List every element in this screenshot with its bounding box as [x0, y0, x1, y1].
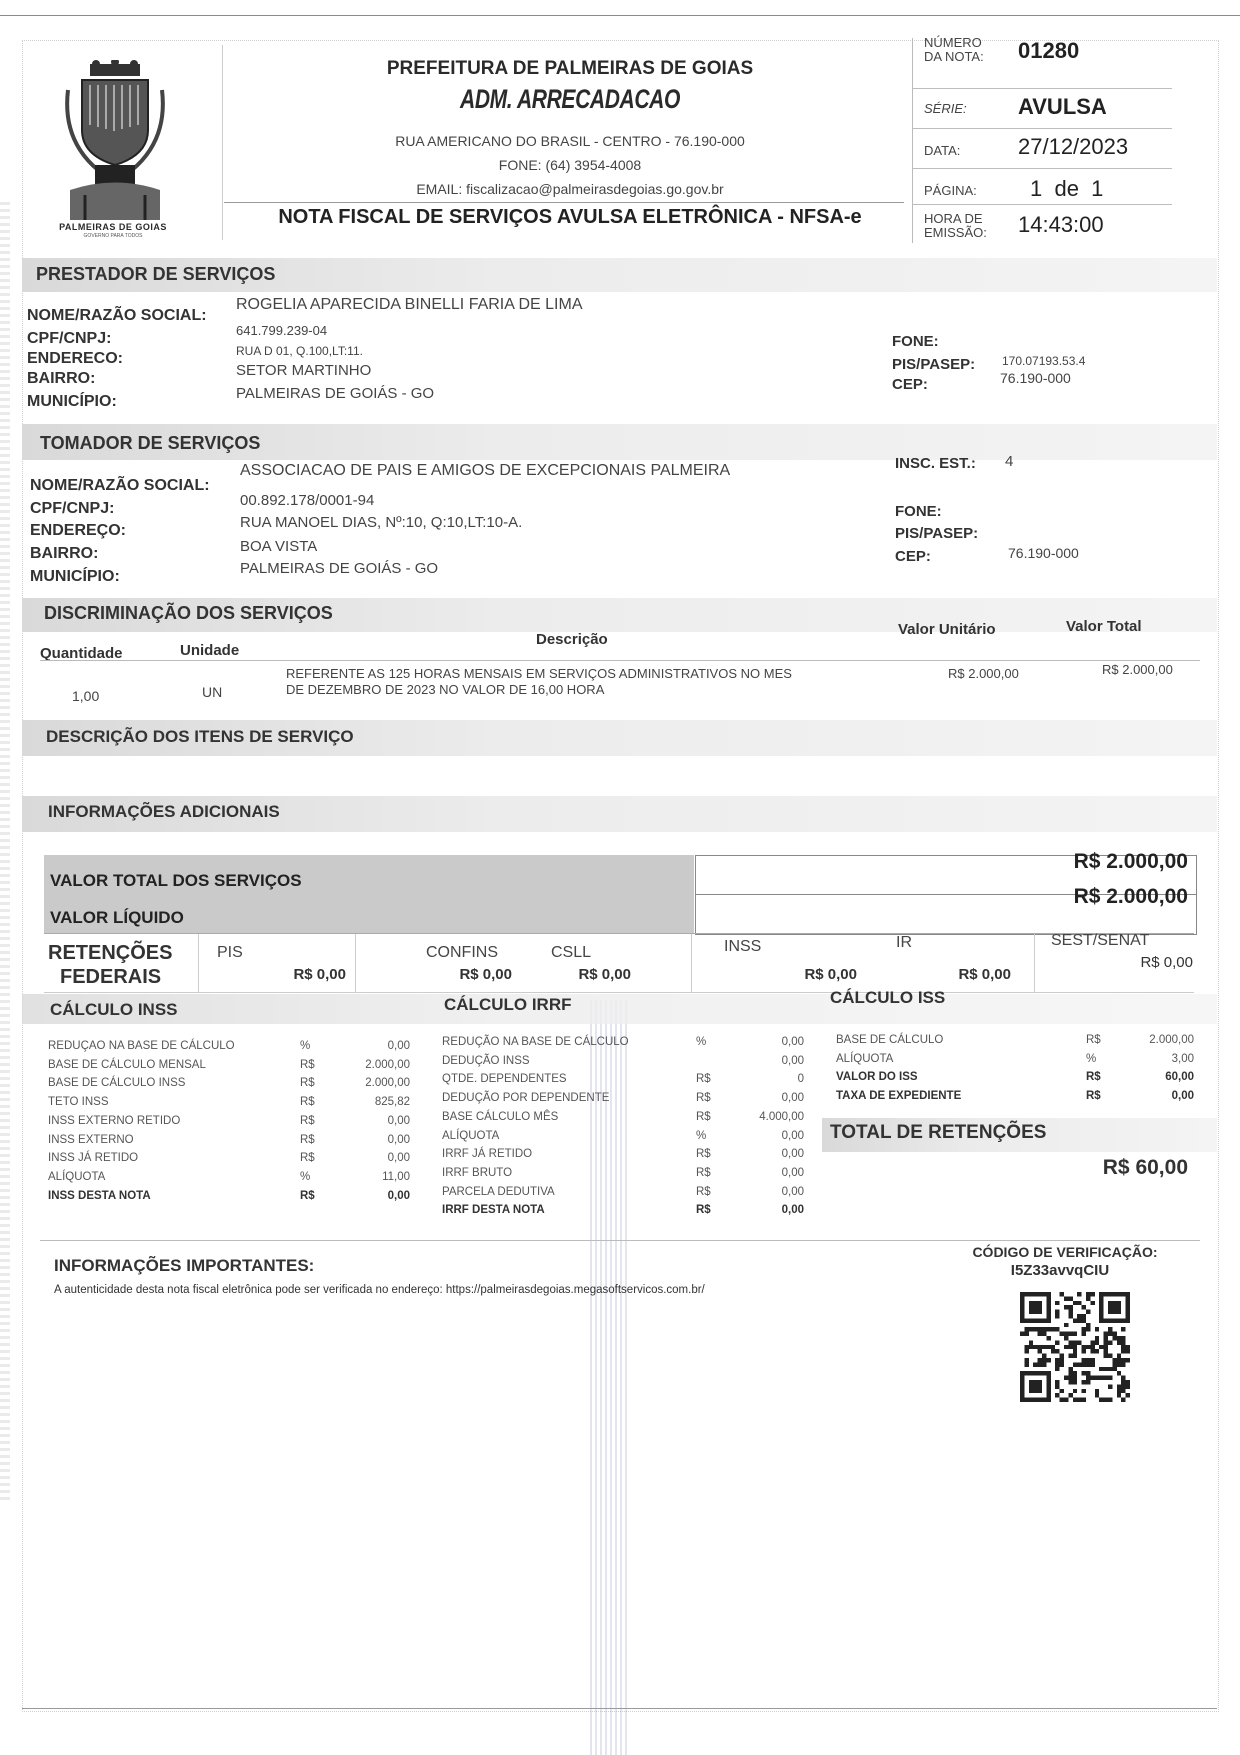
calc-label: PARCELA DEDUTIVA — [442, 1186, 555, 1198]
calc-unit: R$ — [300, 1077, 315, 1089]
retention-name: SEST/SENAT — [1051, 932, 1149, 950]
retention-sest-senat: SEST/SENAT R$ 0,00 — [1034, 934, 1195, 992]
informacoes-title: INFORMAÇÕES IMPORTANTES: — [54, 1256, 314, 1276]
calc-value: 0,00 — [388, 1152, 410, 1164]
calc-unit: R$ — [1086, 1071, 1101, 1083]
calc-label: BASE DE CÁLCULO INSS — [48, 1077, 185, 1089]
valor-liquido-value: R$ 2.000,00 — [1074, 885, 1188, 909]
calc-value: 0,00 — [1172, 1090, 1194, 1102]
total-retencoes-value: R$ 60,00 — [1103, 1156, 1188, 1180]
column-header-valor-unitario: Valor Unitário — [898, 621, 996, 638]
retention-value: R$ 0,00 — [1140, 954, 1193, 971]
calculo-iss-title: CÁLCULO ISS — [830, 988, 945, 1008]
department-title: ADM. ARRECADACAO — [383, 84, 757, 115]
retention-csll: CSLL R$ 0,00 — [521, 934, 691, 992]
calc-value: 0 — [798, 1073, 804, 1085]
calc-row: VALOR DO ISSR$60,00 — [836, 1071, 1194, 1090]
field-label: NOME/RAZÃO SOCIAL: — [27, 307, 207, 325]
calc-label: TETO INSS — [48, 1096, 109, 1108]
calc-row: DEDUÇÃO POR DEPENDENTER$0,00 — [442, 1092, 804, 1111]
calc-row: IRRF JÁ RETIDOR$0,00 — [442, 1148, 804, 1167]
retention-value: R$ 0,00 — [459, 966, 512, 983]
retention-confins: CONFINS R$ 0,00 — [355, 934, 522, 992]
calc-value: 60,00 — [1165, 1071, 1194, 1083]
calc-row: INSS DESTA NOTAR$0,00 — [48, 1190, 410, 1209]
calc-value: 2.000,00 — [1149, 1034, 1194, 1046]
field-label: INSC. EST.: — [895, 455, 976, 472]
field-label: CEP: — [895, 548, 931, 565]
calc-unit: R$ — [696, 1167, 711, 1179]
calc-unit: R$ — [696, 1111, 711, 1123]
federal-retentions: RETENÇÕES FEDERAIS PIS R$ 0,00 CONFINS R… — [44, 933, 1194, 993]
calc-unit: % — [1086, 1053, 1096, 1065]
calc-label: INSS EXTERNO RETIDO — [48, 1115, 180, 1127]
calc-row: ALÍQUOTA%11,00 — [48, 1171, 410, 1190]
calc-unit: R$ — [300, 1134, 315, 1146]
municipality-title: PREFEITURA DE PALMEIRAS DE GOIAS — [330, 58, 810, 80]
retention-inss: INSS R$ 0,00 — [691, 934, 867, 992]
calc-unit: R$ — [300, 1059, 315, 1071]
calc-label: IRRF JÁ RETIDO — [442, 1148, 532, 1160]
field-label: PIS/PASEP: — [892, 356, 975, 373]
item-descricao-line2: DE DEZEMBRO DE 2023 NO VALOR DE 16,00 HO… — [286, 682, 604, 697]
prestador-bairro: SETOR MARTINHO — [236, 362, 371, 379]
calc-value: 2.000,00 — [365, 1077, 410, 1089]
retention-value: R$ 0,00 — [578, 966, 631, 983]
calc-label: IRRF DESTA NOTA — [442, 1204, 545, 1216]
tomador-insc-est: 4 — [1005, 453, 1013, 470]
page-top-rule — [0, 15, 1240, 16]
retencoes-title-line1: RETENÇÕES — [48, 942, 172, 965]
qr-code-icon[interactable] — [1020, 1292, 1130, 1402]
calc-unit: R$ — [1086, 1090, 1101, 1102]
coat-of-arms-icon — [60, 60, 170, 240]
calc-label: INSS JÁ RETIDO — [48, 1152, 138, 1164]
column-header-unidade: Unidade — [180, 642, 239, 659]
invoice-date: 27/12/2023 — [1018, 134, 1128, 160]
calc-label: QTDE. DEPENDENTES — [442, 1073, 567, 1085]
tomador-address: RUA MANOEL DIAS, Nº:10, Q:10,LT:10-A. — [240, 514, 522, 531]
calculo-irrf-title: CÁLCULO IRRF — [444, 995, 571, 1015]
calc-value: 0,00 — [782, 1167, 804, 1179]
calc-row: BASE DE CÁLCULO MENSALR$2.000,00 — [48, 1059, 410, 1078]
meta-serie: SÉRIE: AVULSA — [912, 88, 1172, 129]
logo-text: PALMEIRAS DE GOIAS — [48, 222, 178, 232]
field-label: CEP: — [892, 376, 928, 393]
column-header-valor-total: Valor Total — [1066, 618, 1142, 635]
calc-unit: % — [696, 1130, 706, 1142]
calc-row: DEDUÇÃO INSS0,00 — [442, 1055, 804, 1074]
prestador-municipio: PALMEIRAS DE GOIÁS - GO — [236, 385, 434, 402]
field-label: MUNICÍPIO: — [27, 393, 117, 411]
divider — [224, 202, 904, 203]
calc-value: 0,00 — [782, 1055, 804, 1067]
retencoes-title-line2: FEDERAIS — [60, 966, 161, 989]
item-valor-total: R$ 2.000,00 — [1102, 662, 1173, 677]
valor-liquido-label: VALOR LÍQUIDO — [50, 908, 184, 928]
calc-value: 825,82 — [375, 1096, 410, 1108]
field-label: PIS/PASEP: — [895, 525, 978, 542]
calc-value: 4.000,00 — [759, 1111, 804, 1123]
calc-unit: R$ — [696, 1148, 711, 1160]
field-label: BAIRRO: — [30, 545, 98, 563]
divider — [40, 660, 1200, 661]
tomador-cep: 76.190-000 — [1008, 545, 1079, 561]
retention-name: INSS — [724, 938, 761, 956]
calc-row: BASE DE CÁLCULOR$2.000,00 — [836, 1034, 1194, 1053]
calc-label: DEDUÇÃO INSS — [442, 1055, 530, 1067]
page-number: 1 de 1 — [1030, 176, 1103, 202]
descricao-itens-section-title: DESCRIÇÃO DOS ITENS DE SERVIÇO — [46, 727, 354, 747]
tomador-municipio: PALMEIRAS DE GOIÁS - GO — [240, 560, 438, 577]
calc-value: 2.000,00 — [365, 1059, 410, 1071]
field-label: MUNICÍPIO: — [30, 568, 120, 586]
field-label: FONE: — [892, 333, 939, 350]
authenticity-note: A autenticidade desta nota fiscal eletrô… — [54, 1284, 705, 1296]
field-label: BAIRRO: — [27, 370, 95, 388]
calc-label: ALÍQUOTA — [48, 1171, 105, 1183]
field-label: FONE: — [895, 503, 942, 520]
document-type-title: NOTA FISCAL DE SERVIÇOS AVULSA ELETRÔNIC… — [230, 206, 910, 229]
divider — [222, 45, 223, 240]
calc-unit: % — [300, 1171, 310, 1183]
prestador-section-title: PRESTADOR DE SERVIÇOS — [36, 264, 275, 285]
calc-value: 0,00 — [388, 1190, 410, 1202]
scan-edge — [0, 200, 10, 1500]
calc-row: INSS EXTERNOR$0,00 — [48, 1134, 410, 1153]
calc-label: IRRF BRUTO — [442, 1167, 512, 1179]
prestador-cpf: 641.799.239-04 — [236, 323, 327, 338]
calc-unit: R$ — [300, 1096, 315, 1108]
meta-hora: HORA DE EMISSÃO: 14:43:00 — [912, 204, 1172, 244]
retention-value: R$ 0,00 — [958, 966, 1011, 983]
retention-pis: PIS R$ 0,00 — [198, 934, 356, 992]
meta-label: DA NOTA: — [924, 50, 984, 64]
calc-label: DEDUÇÃO POR DEPENDENTE — [442, 1092, 609, 1104]
calc-row: REDUÇÃO NA BASE DE CÁLCULO%0,00 — [442, 1036, 804, 1055]
calc-row: ALÍQUOTA%0,00 — [442, 1130, 804, 1149]
calc-value: 0,00 — [388, 1115, 410, 1127]
calc-unit: R$ — [1086, 1034, 1101, 1046]
prestador-name: ROGELIA APARECIDA BINELLI FARIA DE LIMA — [236, 296, 583, 314]
calc-label: ALÍQUOTA — [442, 1130, 499, 1142]
item-valor-unitario: R$ 2.000,00 — [948, 666, 1019, 681]
calc-label: TAXA DE EXPEDIENTE — [836, 1090, 961, 1102]
retention-name: PIS — [217, 944, 243, 962]
calc-row: REDUÇAO NA BASE DE CÁLCULO%0,00 — [48, 1040, 410, 1059]
field-label: CPF/CNPJ: — [30, 500, 114, 518]
calc-unit: R$ — [696, 1092, 711, 1104]
calc-label: ALÍQUOTA — [836, 1053, 893, 1065]
calc-unit: R$ — [696, 1073, 711, 1085]
prestador-address: RUA D 01, Q.100,LT:11. — [236, 344, 363, 358]
municipality-email: EMAIL: fiscalizacao@palmeirasdegoias.go.… — [330, 181, 810, 197]
calc-unit: % — [300, 1040, 310, 1052]
field-label: ENDEREÇO: — [30, 522, 126, 540]
calc-value: 3,00 — [1172, 1053, 1194, 1065]
calc-row: IRRF BRUTOR$0,00 — [442, 1167, 804, 1186]
meta-label: PÁGINA: — [924, 184, 977, 198]
item-quantidade: 1,00 — [72, 688, 99, 704]
tomador-bairro: BOA VISTA — [240, 538, 317, 555]
calc-row: INSS JÁ RETIDOR$0,00 — [48, 1152, 410, 1171]
meta-label: EMISSÃO: — [924, 226, 987, 240]
item-unidade: UN — [202, 684, 222, 700]
meta-data: DATA: 27/12/2023 — [912, 128, 1172, 169]
retention-value: R$ 0,00 — [293, 966, 346, 983]
municipality-address: RUA AMERICANO DO BRASIL - CENTRO - 76.19… — [330, 133, 810, 149]
retention-name: CONFINS — [426, 944, 498, 962]
calc-row: PARCELA DEDUTIVAR$0,00 — [442, 1186, 804, 1205]
meta-label: NÚMERO — [924, 36, 982, 50]
calc-value: 0,00 — [782, 1130, 804, 1142]
calc-unit: R$ — [696, 1186, 711, 1198]
calc-label: INSS EXTERNO — [48, 1134, 134, 1146]
info-adicionais-section-title: INFORMAÇÕES ADICIONAIS — [48, 802, 280, 822]
field-label: CPF/CNPJ: — [27, 330, 111, 348]
calc-unit: % — [696, 1036, 706, 1048]
prestador-pis: 170.07193.53.4 — [1002, 354, 1085, 368]
valor-total-value: R$ 2.000,00 — [1074, 850, 1188, 874]
calc-label: BASE DE CÁLCULO — [836, 1034, 943, 1046]
retention-name: IR — [896, 934, 912, 952]
retention-ir: IR R$ 0,00 — [866, 934, 1009, 992]
valor-total-label: VALOR TOTAL DOS SERVIÇOS — [50, 871, 302, 891]
meta-pagina: PÁGINA: 1 de 1 — [912, 168, 1172, 205]
calc-row: TETO INSSR$825,82 — [48, 1096, 410, 1115]
calc-label: INSS DESTA NOTA — [48, 1190, 151, 1202]
calc-unit: R$ — [300, 1152, 315, 1164]
calc-value: 0,00 — [782, 1148, 804, 1160]
calc-label: REDUÇAO NA BASE DE CÁLCULO — [48, 1040, 235, 1052]
calc-unit: R$ — [696, 1204, 711, 1216]
calc-value: 0,00 — [782, 1036, 804, 1048]
section-band — [22, 994, 1217, 1024]
calc-label: BASE CÁLCULO MÊS — [442, 1111, 558, 1123]
meta-label: HORA DE — [924, 212, 983, 226]
retention-name: CSLL — [551, 944, 591, 962]
item-descricao-line1: REFERENTE AS 125 HORAS MENSAIS EM SERVIÇ… — [286, 666, 792, 681]
invoice-number: 01280 — [1018, 38, 1079, 64]
meta-numero: NÚMERO DA NOTA: 01280 — [912, 40, 1172, 89]
retention-value: R$ 0,00 — [804, 966, 857, 983]
calc-value: 0,00 — [782, 1186, 804, 1198]
calc-value: 11,00 — [382, 1171, 410, 1183]
meta-label: DATA: — [924, 144, 960, 158]
calc-value: 0,00 — [782, 1092, 804, 1104]
calc-row: IRRF DESTA NOTAR$0,00 — [442, 1204, 804, 1223]
calc-row: BASE CÁLCULO MÊSR$4.000,00 — [442, 1111, 804, 1130]
tomador-section-title: TOMADOR DE SERVIÇOS — [40, 433, 260, 454]
municipality-phone: FONE: (64) 3954-4008 — [330, 157, 810, 173]
calculo-inss-title: CÁLCULO INSS — [50, 1000, 178, 1020]
calc-label: REDUÇÃO NA BASE DE CÁLCULO — [442, 1036, 629, 1048]
invoice-series: AVULSA — [1018, 94, 1107, 120]
tomador-cnpj: 00.892.178/0001-94 — [240, 492, 374, 509]
verification-code: I5Z33avvqCIU — [955, 1262, 1165, 1279]
calc-label: BASE DE CÁLCULO MENSAL — [48, 1059, 206, 1071]
calc-value: 0,00 — [388, 1134, 410, 1146]
field-label: ENDERECO: — [27, 350, 123, 368]
issue-time: 14:43:00 — [1018, 212, 1104, 238]
column-header-descricao: Descrição — [536, 631, 608, 648]
logo-subtext: GOVERNO PARA TODOS — [48, 233, 178, 239]
prestador-cep: 76.190-000 — [1000, 370, 1071, 386]
calc-row: TAXA DE EXPEDIENTER$0,00 — [836, 1090, 1194, 1109]
verification-label: CÓDIGO DE VERIFICAÇÃO: — [955, 1244, 1175, 1260]
calc-row: BASE DE CÁLCULO INSSR$2.000,00 — [48, 1077, 410, 1096]
servicos-section-title: DISCRIMINAÇÃO DOS SERVIÇOS — [44, 603, 333, 624]
calc-row: ALÍQUOTA%3,00 — [836, 1053, 1194, 1072]
calc-row: INSS EXTERNO RETIDOR$0,00 — [48, 1115, 410, 1134]
calc-value: 0,00 — [388, 1040, 410, 1052]
tomador-name: ASSOCIACAO DE PAIS E AMIGOS DE EXCEPCION… — [240, 462, 730, 480]
field-label: NOME/RAZÃO SOCIAL: — [30, 477, 210, 495]
calc-label: VALOR DO ISS — [836, 1071, 918, 1083]
calc-row: QTDE. DEPENDENTESR$0 — [442, 1073, 804, 1092]
meta-label: SÉRIE: — [924, 102, 967, 116]
divider — [40, 1240, 1200, 1241]
total-retencoes-label: TOTAL DE RETENÇÕES — [830, 1122, 1046, 1144]
calc-value: 0,00 — [782, 1204, 804, 1216]
calc-unit: R$ — [300, 1190, 315, 1202]
calc-unit: R$ — [300, 1115, 315, 1127]
